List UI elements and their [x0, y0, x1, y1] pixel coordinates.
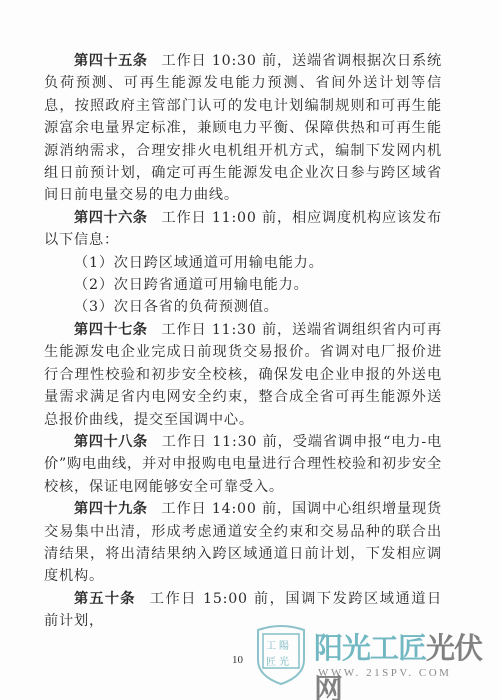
article-48: 第四十八条工作日 11:30 前，受端省调申报“电力-电价”购电曲线，并对申报购…: [44, 431, 442, 498]
article-heading: 第四十八条: [74, 434, 148, 450]
article-heading: 第四十六条: [74, 210, 148, 226]
list-item: （2）次日跨省通道可用输电能力。: [44, 274, 442, 296]
page-number: 10: [232, 654, 243, 666]
article-45: 第四十五条工作日 10:30 前，送端省调根据次日系统负荷预测、可再生能源发电能…: [44, 50, 442, 207]
article-46: 第四十六条工作日 11:00 前，相应调度机构应该发布以下信息：: [44, 207, 442, 252]
list-item: （3）次日各省的负荷预测值。: [44, 296, 442, 318]
shield-text-top: 工陽: [266, 637, 292, 652]
article-text: 工作日 10:30 前，送端省调根据次日系统负荷预测、可再生能源发电能力预测、省…: [44, 53, 442, 203]
watermark-url: WWW. 21SPV. COM: [318, 667, 451, 679]
article-47: 第四十七条工作日 11:30 前，送端省调组织省内可再生能源发电企业完成日前现货…: [44, 319, 442, 431]
watermark: 工陽 匠光 阳光工匠光伏网 WWW. 21SPV. COM: [252, 622, 492, 692]
article-heading: 第四十七条: [74, 322, 148, 338]
document-body: 第四十五条工作日 10:30 前，送端省调根据次日系统负荷预测、可再生能源发电能…: [44, 50, 442, 633]
document-page: 第四十五条工作日 10:30 前，送端省调根据次日系统负荷预测、可再生能源发电能…: [0, 0, 500, 700]
article-heading: 第五十条: [74, 591, 136, 607]
watermark-title-teal: 阳光工匠: [314, 631, 426, 665]
shield-text-bottom: 匠光: [266, 653, 292, 668]
list-item: （1）次日跨区域通道可用输电能力。: [44, 252, 442, 274]
article-heading: 第四十五条: [74, 53, 148, 69]
article-heading: 第四十九条: [74, 501, 148, 517]
watermark-title: 阳光工匠光伏网: [314, 626, 492, 700]
article-49: 第四十九条工作日 14:00 前，国调中心组织增量现货交易集中出清，形成考虑通道…: [44, 498, 442, 588]
